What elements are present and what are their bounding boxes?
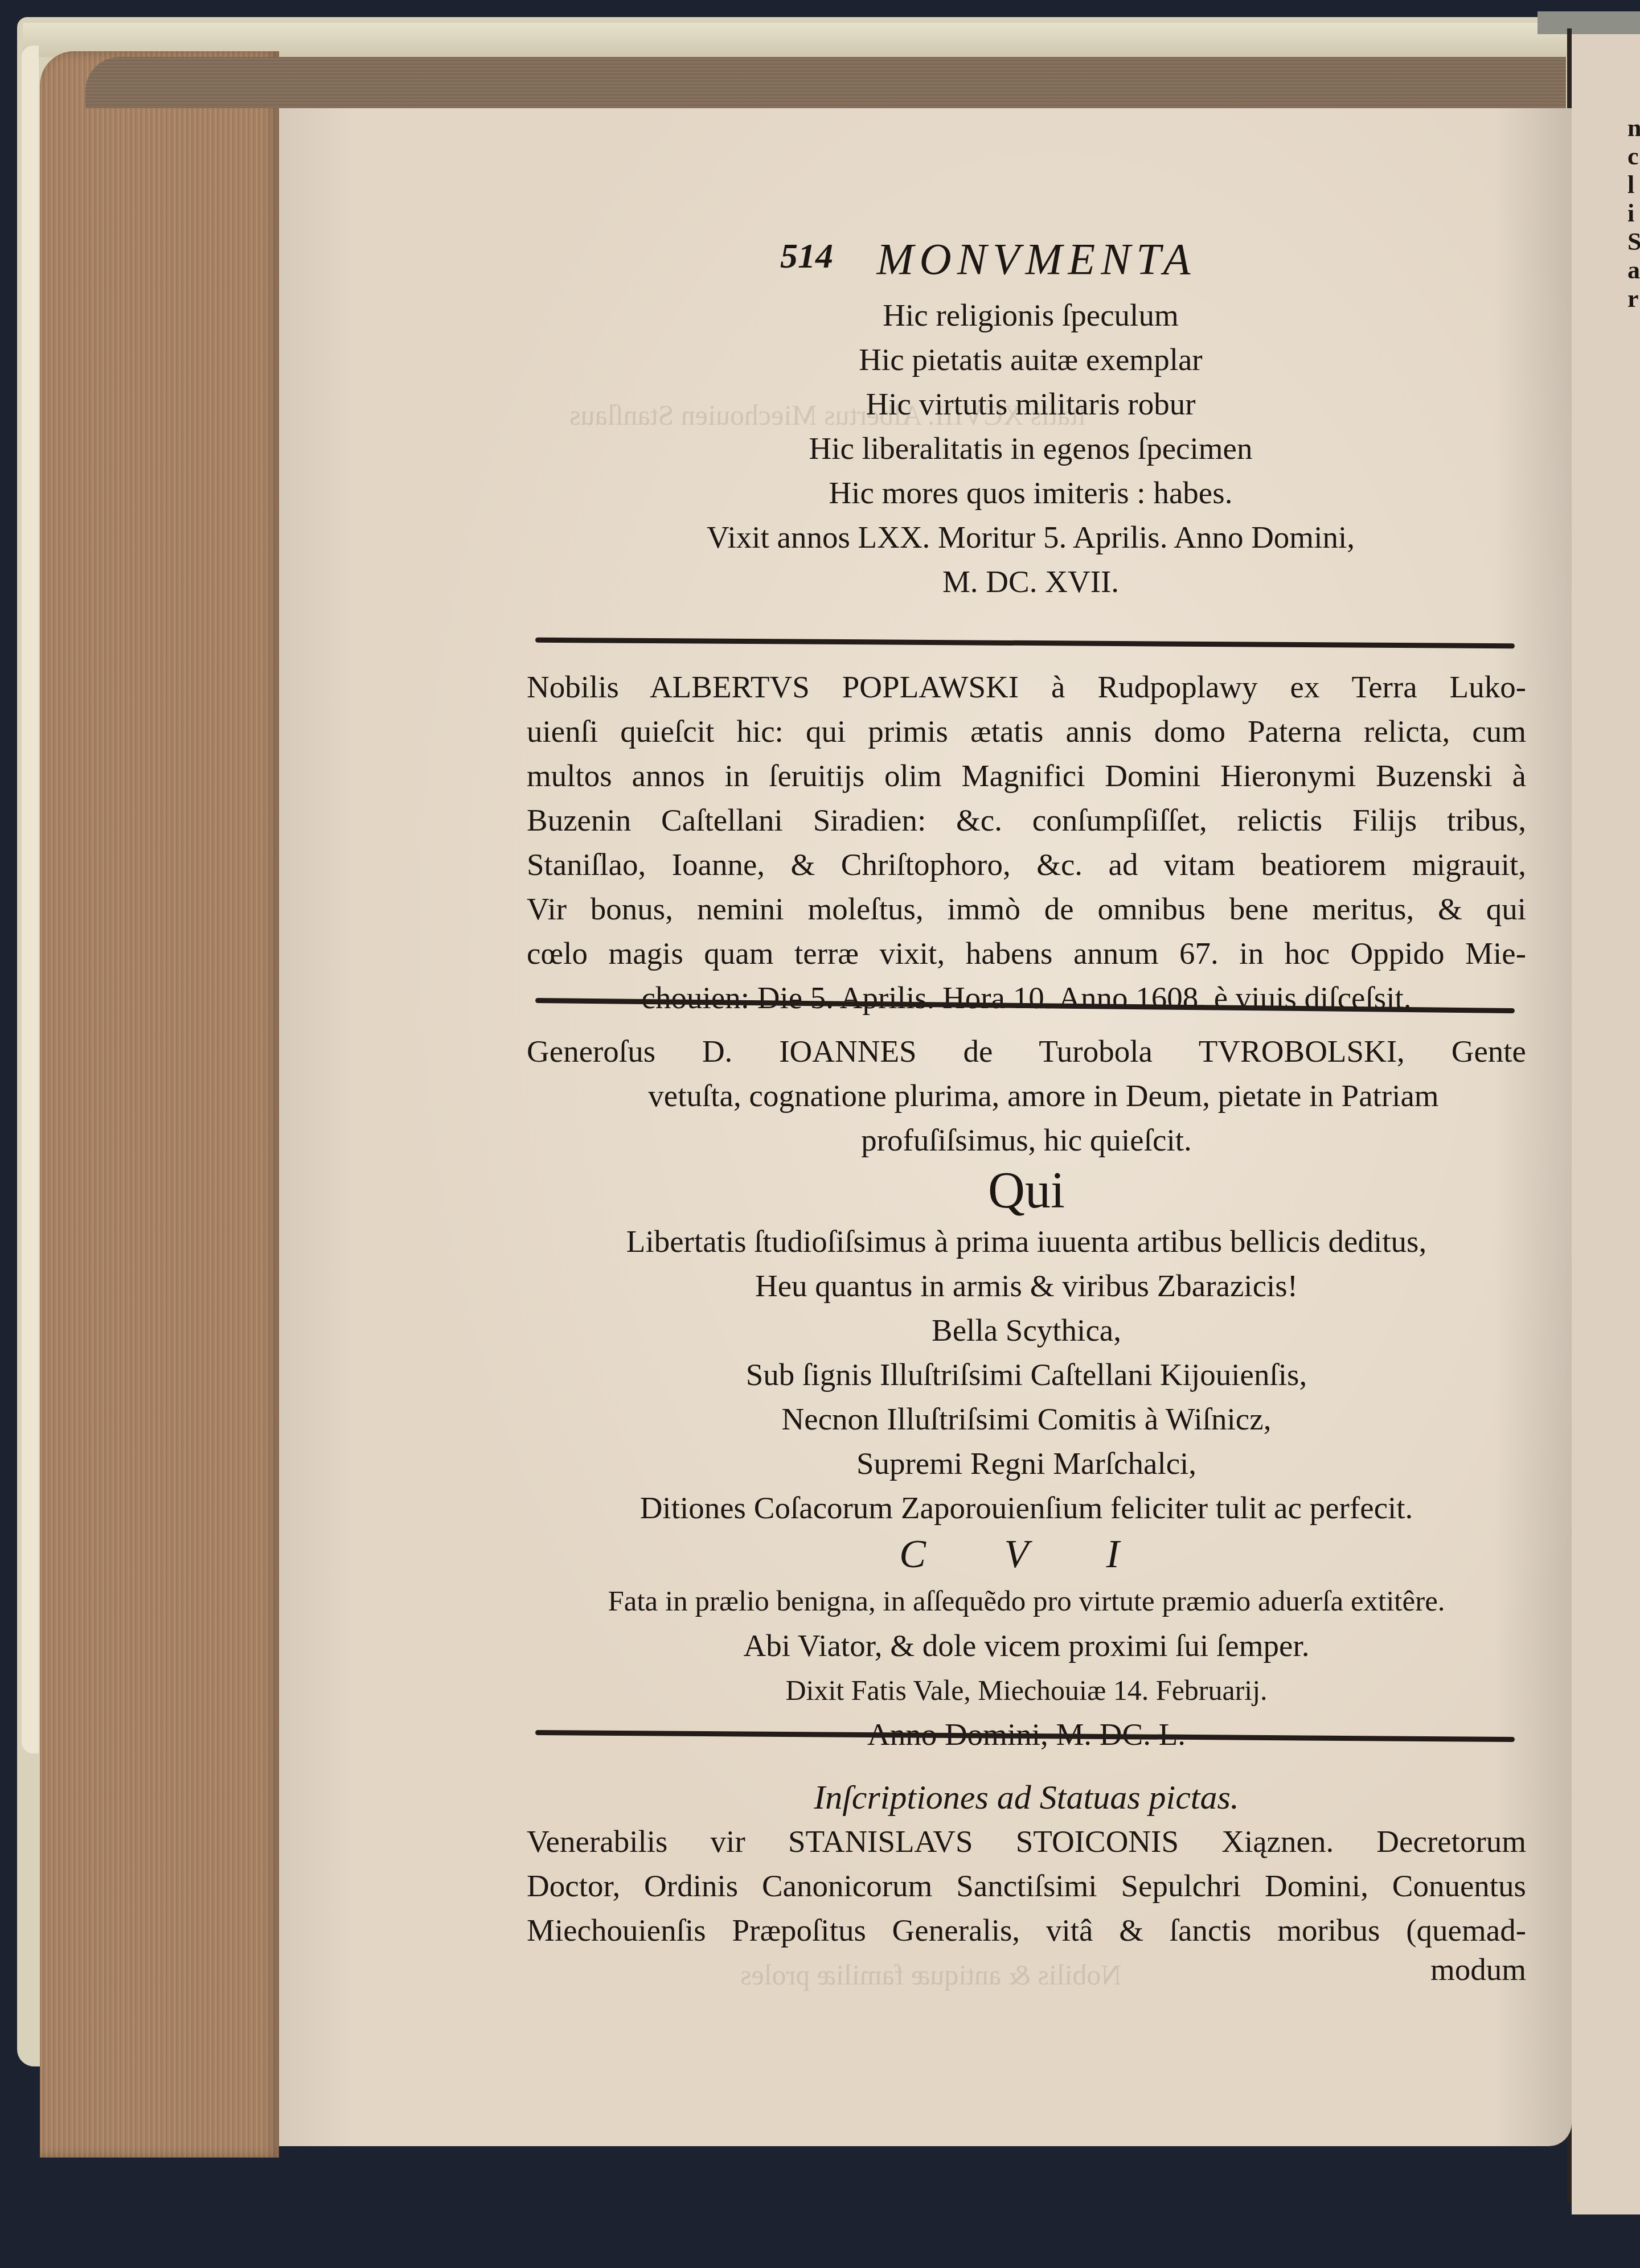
paragraph-line: Buzenin Caſtellani Siradien: &c. conſump… [527, 798, 1526, 843]
inscriptions-section: Inſcriptiones ad Statuas pictas. Venerab… [527, 1775, 1526, 1987]
paragraph-last-line: chouien: Die 5. Aprilis. Hora 10. Anno 1… [527, 976, 1526, 1020]
outer-endpaper [22, 46, 39, 1753]
paragraph-line: multos annos in ſeruitijs olim Magnifici… [527, 754, 1526, 798]
facing-page-headband [1537, 11, 1640, 34]
verse-line: Bella Scythica, [527, 1308, 1526, 1353]
verse-line: Libertatis ſtudioſiſsimus à prima iuuent… [527, 1219, 1526, 1264]
paragraph-line: Staniſlao, Ioanne, & Chriſtophoro, &c. a… [527, 843, 1526, 887]
paragraph-line: Miechouienſis Præpoſitus Generalis, vitâ… [527, 1908, 1526, 1953]
epitaph-date-line: Vixit annos LXX. Moritur 5. Aprilis. Ann… [524, 515, 1537, 560]
facing-page-text-fragment: n c l i S a r [1627, 114, 1640, 313]
verse-line: Sub ſignis Illuſtriſsimi Caſtellani Kijo… [527, 1353, 1526, 1397]
epitaph-1: Hic religionis ſpeculum Hic pietatis aui… [524, 293, 1537, 604]
paragraph-line: Generoſus D. IOANNES de Turobola TVROBOL… [527, 1029, 1526, 1074]
paragraph-line: Nobilis ALBERTVS POPLAWSKI à Rudpoplawy … [527, 665, 1526, 709]
paragraph-line: cœlo magis quam terræ vixit, habens annu… [527, 931, 1526, 976]
verse-line: Fata in prælio benigna, in aſſequẽdo pro… [527, 1579, 1526, 1624]
paragraph-line: Doctor, Ordinis Canonicorum Sanctiſsimi … [527, 1864, 1526, 1908]
paragraph-line: vetuſta, cognatione plurima, amore in De… [527, 1074, 1526, 1118]
section-heading: Inſcriptiones ad Statuas pictas. [527, 1775, 1526, 1819]
verse-line: Supremi Regni Marſchalci, [527, 1441, 1526, 1486]
page-block-fore-edge [40, 51, 279, 2158]
epitaph-3: Generoſus D. IOANNES de Turobola TVROBOL… [527, 1029, 1526, 1757]
verse-line: Ditiones Coſacorum Zaporouienſium felici… [527, 1486, 1526, 1530]
verse-line: Necnon Illuſtriſsimi Comitis à Wiſnicz, [527, 1397, 1526, 1441]
verse-line: Heu quantus in armis & viribus Zbarazici… [527, 1264, 1526, 1308]
running-head: MONVMENTA [814, 233, 1258, 285]
paragraph-line: profuſiſsimus, hic quieſcit. [527, 1118, 1526, 1162]
facing-page [1572, 34, 1640, 2214]
paragraph-line: uienſi quieſcit hic: qui primis ætatis a… [527, 709, 1526, 754]
epitaph-line: Hic liberalitatis in egenos ſpecimen [524, 426, 1537, 471]
epitaph-line: Hic mores quos imiteris : habes. [524, 471, 1537, 515]
paragraph-line: Vir bonus, nemini moleſtus, immò de omni… [527, 887, 1526, 931]
verse-line: Dixit Fatis Vale, Miechouiæ 14. Februari… [527, 1668, 1526, 1712]
epitaph-year-line: M. DC. XVII. [524, 560, 1537, 604]
qui-heading: Qui [527, 1162, 1526, 1219]
epitaph-line: Hic religionis ſpeculum [524, 293, 1537, 338]
epitaph-line: Hic virtutis militaris robur [524, 382, 1537, 426]
page-block-top-edge [85, 57, 1566, 108]
paragraph-line: Venerabilis vir STANISLAVS STOICONIS Xią… [527, 1819, 1526, 1864]
verse-line: Abi Viator, & dole vicem proximi ſui ſem… [527, 1624, 1526, 1668]
cvi-heading: C V I [527, 1530, 1526, 1579]
epitaph-line: Hic pietatis auitæ exemplar [524, 338, 1537, 382]
epitaph-2: Nobilis ALBERTVS POPLAWSKI à Rudpoplawy … [527, 665, 1526, 1020]
catchword: modum [527, 1953, 1526, 1987]
